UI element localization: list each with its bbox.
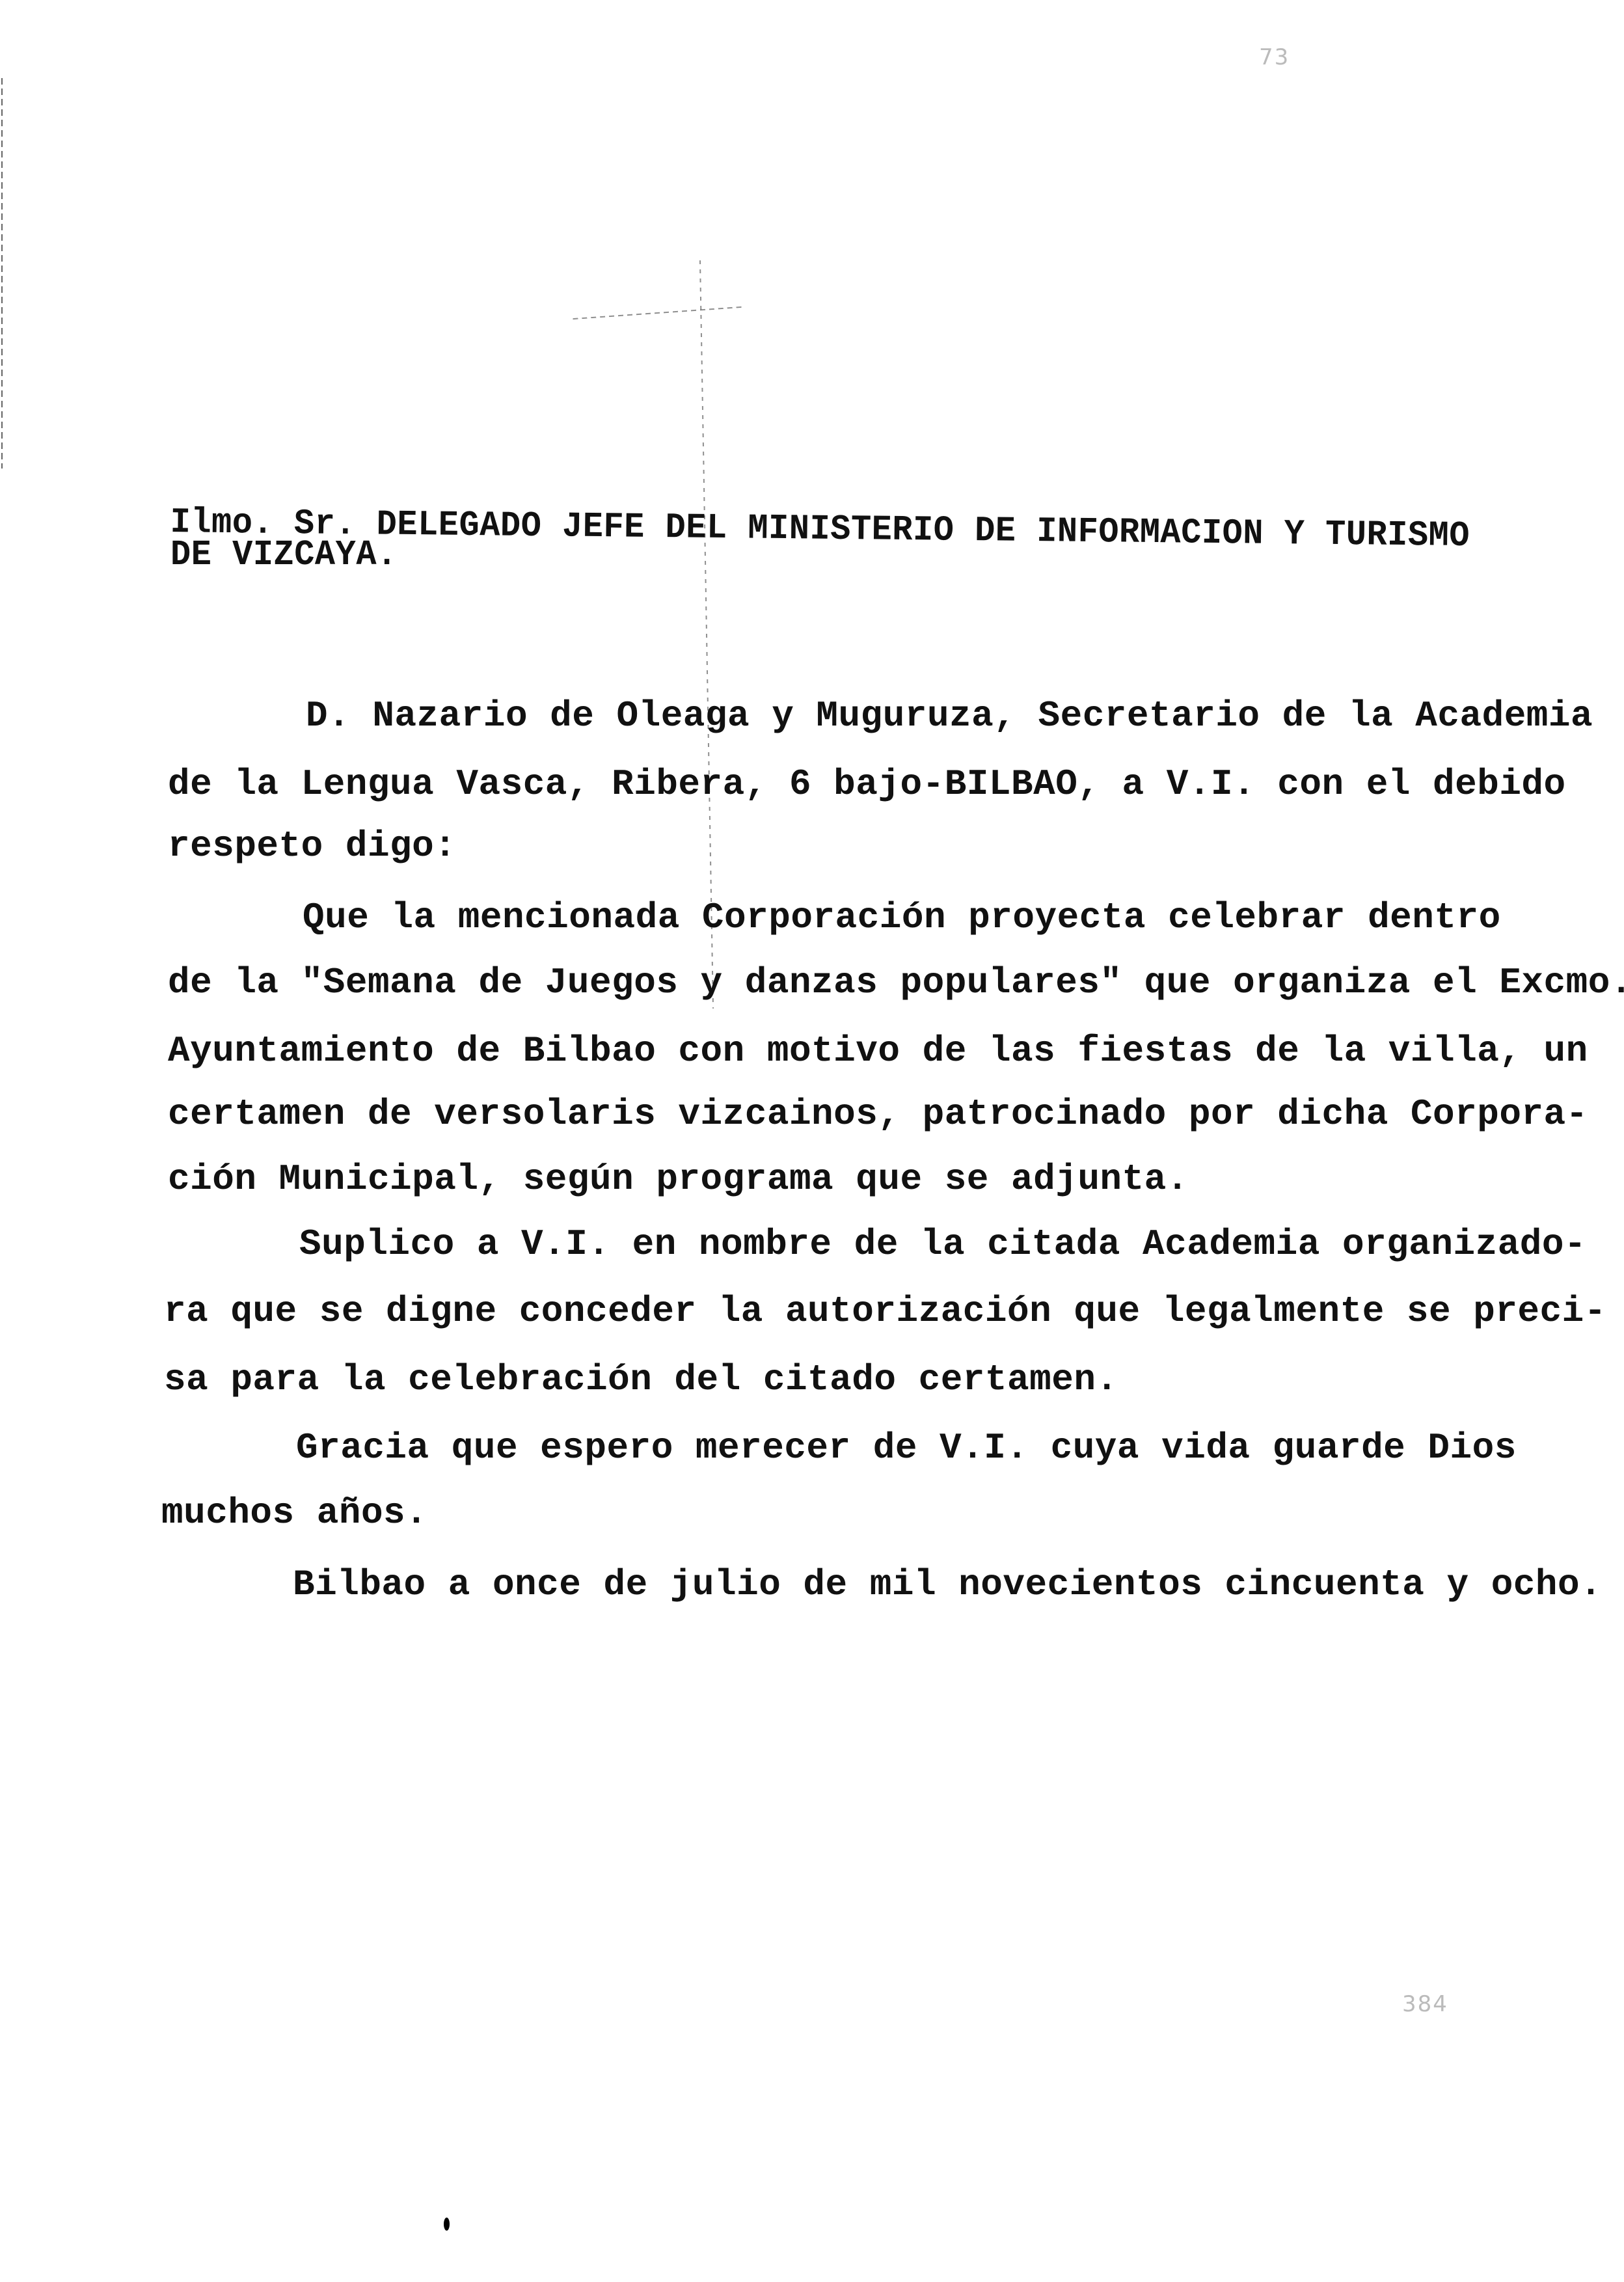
paragraph-2-line-3: Ayuntamiento de Bilbao con motivo de las… <box>168 1031 1588 1070</box>
paragraph-4-line-2: muchos años. <box>161 1493 427 1532</box>
paragraph-1-line-2: de la Lengua Vasca, Ribera, 6 bajo-BILBA… <box>168 765 1566 804</box>
date-line: Bilbao a once de julio de mil noveciento… <box>293 1565 1602 1604</box>
page-number-mark-top: 73 <box>1259 44 1290 70</box>
paragraph-4-line-1: Gracia que espero merecer de V.I. cuya v… <box>296 1428 1517 1467</box>
paragraph-3-line-3: sa para la celebración del citado certam… <box>164 1360 1118 1399</box>
fold-crease-horizontal <box>573 306 742 319</box>
paragraph-1-line-1: D. Nazario de Oleaga y Muguruza, Secreta… <box>306 696 1593 735</box>
document-page: 73 384 Ilmo. Sr. DELEGADO JEFE DEL MINIS… <box>0 0 1624 2282</box>
addressee-line-2: DE VIZCAYA. <box>170 535 398 576</box>
paragraph-1-line-3: respeto digo: <box>168 826 456 865</box>
paragraph-3-line-1: Suplico a V.I. en nombre de la citada Ac… <box>299 1225 1586 1264</box>
page-number-mark-bottom: 384 <box>1402 1991 1448 2017</box>
paragraph-2-line-4: certamen de versolaris vizcainos, patroc… <box>168 1094 1588 1134</box>
ink-dot-mark <box>444 2218 450 2231</box>
paragraph-2-line-1: Que la mencionada Corporación proyecta c… <box>303 898 1501 937</box>
paragraph-2-line-2: de la "Semana de Juegos y danzas popular… <box>168 963 1624 1002</box>
scan-edge-mark <box>1 78 3 469</box>
paragraph-2-line-5: ción Municipal, según programa que se ad… <box>168 1160 1189 1199</box>
paragraph-3-line-2: ra que se digne conceder la autorización… <box>164 1292 1606 1331</box>
